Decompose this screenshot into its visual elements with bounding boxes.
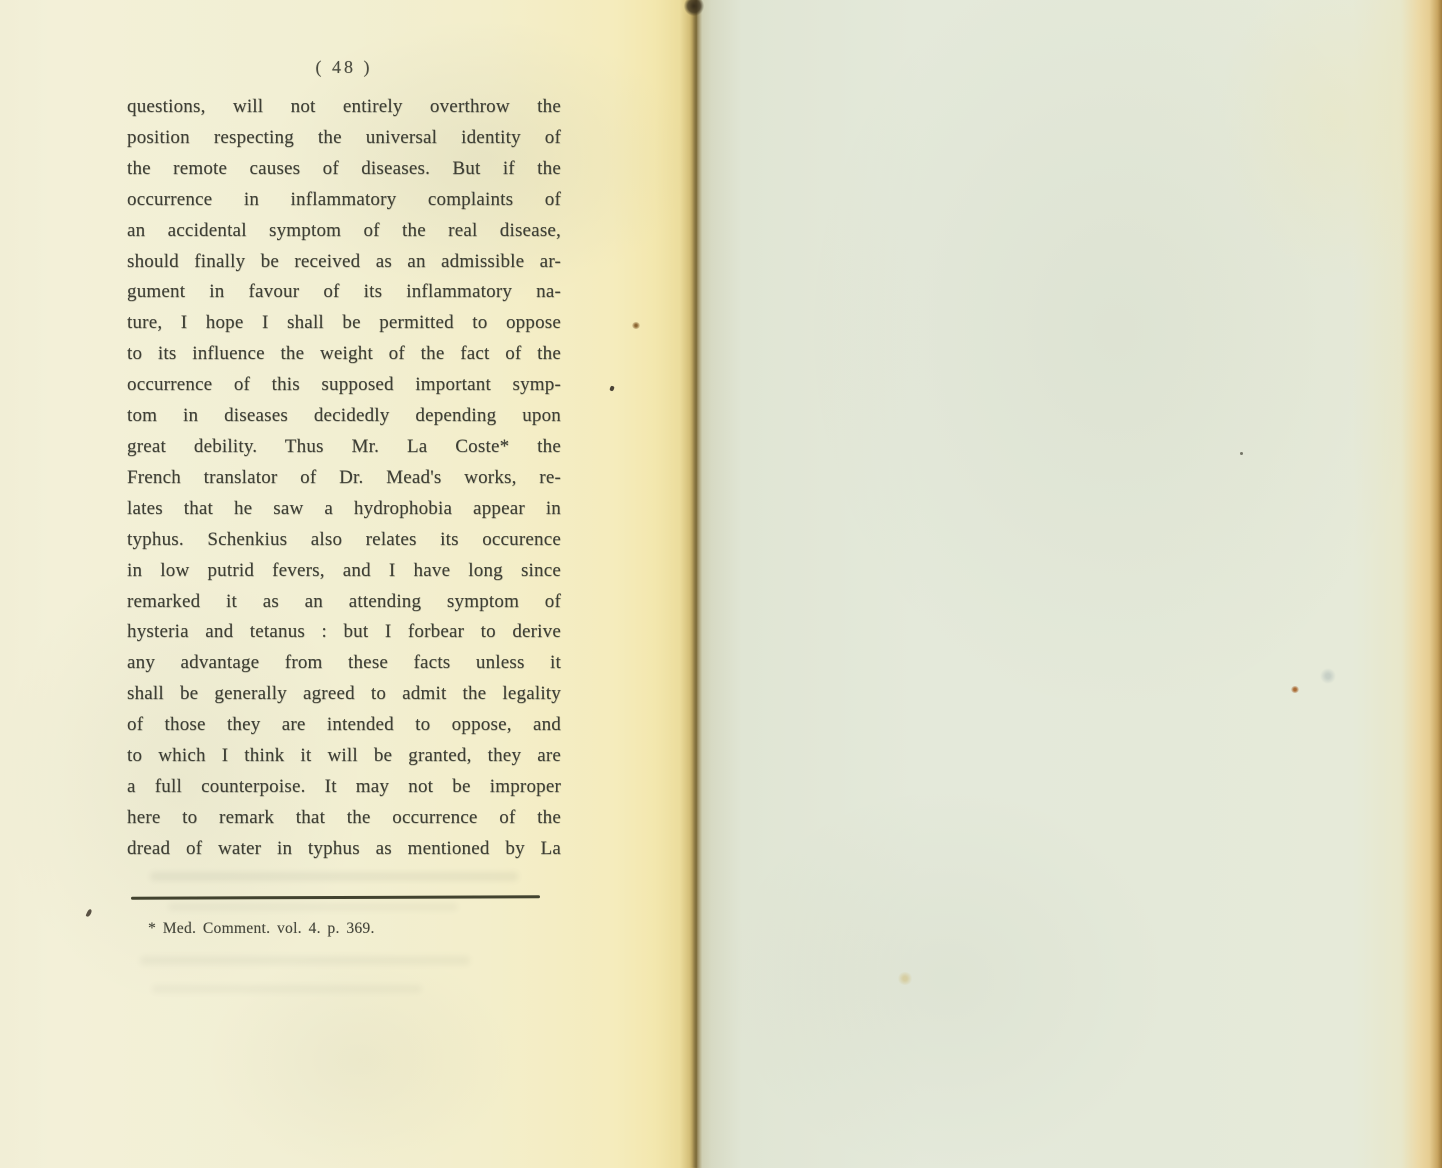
show-through-smudge	[152, 985, 422, 993]
text-line: should finally be received as an admissi…	[127, 247, 561, 278]
text-line: typhus. Schenkius also relates its occur…	[127, 525, 561, 556]
binding-gutter-crease	[690, 0, 700, 1168]
paper-speck	[632, 322, 640, 329]
text-line: dread of water in typhus as mentioned by…	[127, 834, 561, 865]
text-line: ture, I hope I shall be permitted to opp…	[127, 308, 561, 339]
text-line: position respecting the universal identi…	[127, 123, 561, 154]
page-left: ( 48 ) questions, will not entirely over…	[0, 0, 697, 1168]
show-through-smudge	[168, 903, 458, 911]
text-line: occurrence in inflammatory complaints of	[127, 185, 561, 216]
show-through-smudge	[150, 872, 518, 881]
text-line: questions, will not entirely overthrow t…	[127, 92, 561, 123]
text-line: a full counterpoise. It may not be impro…	[127, 772, 561, 803]
text-line: great debility. Thus Mr. La Coste* the	[127, 432, 561, 463]
text-line: remarked it as an attending symptom of	[127, 587, 561, 618]
text-line: an accidental symptom of the real diseas…	[127, 216, 561, 247]
paper-speck	[1320, 668, 1336, 684]
page-number-left: ( 48 )	[127, 57, 561, 78]
text-line: of those they are intended to oppose, an…	[127, 710, 561, 741]
text-line: occurrence of this supposed important sy…	[127, 370, 561, 401]
text-line: gument in favour of its inflammatory na-	[127, 277, 561, 308]
body-text-left: questions, will not entirely overthrow t…	[127, 92, 561, 865]
book-spread: ( 48 ) questions, will not entirely over…	[0, 0, 1442, 1168]
text-line: any advantage from these facts unless it	[127, 648, 561, 679]
footnote: * Med. Comment. vol. 4. p. 369.	[148, 920, 375, 938]
text-line: the remote causes of diseases. But if th…	[127, 154, 561, 185]
footnote-rule	[131, 895, 540, 899]
text-line: lates that he saw a hydrophobia appear i…	[127, 494, 561, 525]
text-line: tom in diseases decidedly depending upon	[127, 401, 561, 432]
text-line: hysteria and tetanus : but I forbear to …	[127, 617, 561, 648]
paper-speck	[1240, 452, 1243, 455]
text-line: to its influence the weight of the fact …	[127, 339, 561, 370]
paper-speck	[1291, 686, 1299, 693]
page-right: ( 49 ) Coste, was one of the first facts…	[697, 0, 1442, 1168]
text-line: shall be generally agreed to admit the l…	[127, 679, 561, 710]
text-line: in low putrid fevers, and I have long si…	[127, 556, 561, 587]
text-line: French translator of Dr. Mead's works, r…	[127, 463, 561, 494]
binding-top-notch	[684, 0, 704, 16]
show-through-smudge	[140, 956, 470, 965]
text-line: here to remark that the occurrence of th…	[127, 803, 561, 834]
text-line: to which I think it will be granted, the…	[127, 741, 561, 772]
paper-speck	[897, 972, 913, 985]
